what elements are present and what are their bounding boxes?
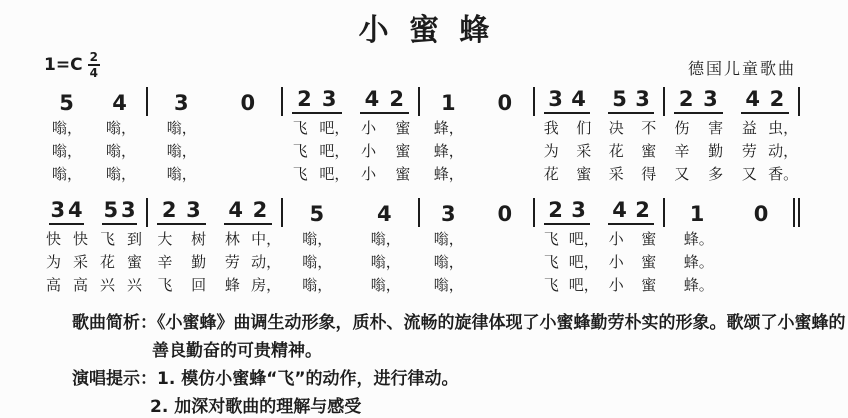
notes-row: 30 xyxy=(420,198,535,227)
lyric-syllable: 花 xyxy=(94,251,121,272)
note-digit: 3 xyxy=(420,204,477,225)
lyric-row-3: 蜂， xyxy=(420,162,535,185)
lyric-syllable: 辛 xyxy=(148,251,182,272)
lyric-syllable: 快 xyxy=(67,228,94,249)
lyric-syllable: 又 xyxy=(665,163,699,184)
tips-label: 演唱提示： xyxy=(72,369,157,389)
lyric-row-3: 嗡， xyxy=(148,162,283,185)
lyric-syllable: 嗡， xyxy=(40,163,94,184)
note-digit: 2 xyxy=(765,89,789,110)
analysis-line-2: 善良勤奋的可贵精神。 xyxy=(72,337,818,365)
eighth-note-beam: 42 xyxy=(360,89,410,114)
lyric-row-1: 我们决不 xyxy=(535,116,665,139)
lyric-syllable: 小 xyxy=(352,117,386,138)
lyric-row-2: 嗡， xyxy=(420,250,535,273)
song-attribution: 德国儿童歌曲 xyxy=(688,56,796,79)
meter-denominator: 4 xyxy=(90,66,98,79)
lyric-syllable: 得 xyxy=(633,163,666,184)
song-title: 小蜜蜂 xyxy=(0,5,848,49)
lyric-syllable: 蜂。 xyxy=(665,228,733,249)
notes-row: 2342 xyxy=(283,87,420,116)
lyric-row-1: 飞吧，小蜜 xyxy=(283,116,420,139)
rest-digit: 0 xyxy=(729,204,793,225)
note-digit: 3 xyxy=(148,93,215,114)
note-digit: 5 xyxy=(102,200,120,221)
lyric-syllable: 蜜 xyxy=(386,140,420,161)
measure: 54嗡，嗡，嗡，嗡，嗡，嗡， xyxy=(283,198,420,296)
eighth-note-beam: 23 xyxy=(157,200,206,225)
lyric-syllable: 嗡， xyxy=(420,228,478,249)
lyric-syllable: 小 xyxy=(352,140,386,161)
lyric-row-1: 嗡，嗡， xyxy=(283,227,420,250)
lyric-syllable: 嗡， xyxy=(40,140,94,161)
lyric-syllable: 采 xyxy=(600,163,633,184)
lyric-syllable: 们 xyxy=(568,117,601,138)
notes-row: 54 xyxy=(283,198,420,227)
eighth-note-beam: 34 xyxy=(544,89,590,114)
lyric-row-3: 高高兴兴 xyxy=(40,273,148,296)
rest-digit: 0 xyxy=(477,93,534,114)
lyric-syllable: 蜂。 xyxy=(665,274,733,295)
notes-row: 3453 xyxy=(535,87,665,116)
lyric-row-1: 蜂， xyxy=(420,116,535,139)
lyric-row-1: 嗡， xyxy=(420,227,535,250)
lyric-syllable: 兴 xyxy=(94,274,121,295)
note-digit: 2 xyxy=(157,200,181,221)
note-digit: 2 xyxy=(384,89,409,110)
lyric-row-3: 嗡， xyxy=(420,273,535,296)
measure: 3453我们决不为采花蜜花蜜采得 xyxy=(535,87,665,185)
lyric-syllable: 劳 xyxy=(733,140,767,161)
lyric-syllable: 蜂， xyxy=(420,140,478,161)
lyric-syllable: 动， xyxy=(766,140,800,161)
lyric-syllable: 林 xyxy=(216,228,250,249)
measure: 30嗡，嗡，嗡， xyxy=(420,198,535,296)
note-digit: 3 xyxy=(120,200,138,221)
lyric-syllable: 高 xyxy=(40,274,67,295)
lyric-syllable: 嗡， xyxy=(420,274,478,295)
lyric-syllable: 蜂 xyxy=(216,274,250,295)
lyric-syllable: 吧， xyxy=(317,163,351,184)
lyric-row-3: 嗡，嗡， xyxy=(40,162,148,185)
lyric-syllable: 嗡， xyxy=(40,117,94,138)
analysis-text: 《小蜜蜂》曲调生动形象，质朴、流畅的旋律体现了小蜜蜂勤劳朴实的形象。歌颂了小蜜蜂… xyxy=(157,313,846,333)
lyric-row-3: 嗡，嗡， xyxy=(283,273,420,296)
eighth-note-beam: 53 xyxy=(608,89,654,114)
lyric-syllable: 嗡， xyxy=(352,228,421,249)
lyric-row-2: 蜂， xyxy=(420,139,535,162)
note-digit: 4 xyxy=(567,89,590,110)
lyric-syllable: 虫， xyxy=(766,117,800,138)
tip-1: 1. 模仿小蜜蜂“飞”的动作，进行律动。 xyxy=(157,369,459,389)
eighth-note-beam: 23 xyxy=(544,200,590,225)
note-digit: 4 xyxy=(67,200,85,221)
lyric-syllable: 嗡， xyxy=(352,274,421,295)
lyric-syllable: 飞 xyxy=(283,140,317,161)
eighth-note-beam: 34 xyxy=(49,200,84,225)
notes-row: 2342 xyxy=(535,198,665,227)
lyric-syllable: 小 xyxy=(600,251,633,272)
lyric-row-1: 嗡， xyxy=(148,116,283,139)
lyric-syllable: 飞 xyxy=(94,228,121,249)
lyric-syllable: 蜜 xyxy=(633,251,666,272)
eighth-note-beam: 42 xyxy=(224,200,273,225)
lyric-row-3: 飞吧，小蜜 xyxy=(535,273,665,296)
lyric-syllable: 伤 xyxy=(665,117,699,138)
lyric-syllable: 花 xyxy=(600,140,633,161)
eighth-note-beam: 42 xyxy=(741,89,790,114)
note-digit: 4 xyxy=(351,204,419,225)
lyric-syllable: 动， xyxy=(249,251,283,272)
lyric-row-2: 辛勤劳动， xyxy=(148,250,283,273)
lyric-syllable: 害 xyxy=(699,117,733,138)
key-tonic: 1=C xyxy=(44,55,83,75)
system-2: 3453快快飞到为采花蜜高高兴兴2342大树林中，辛勤劳动，飞回蜂房，54嗡，嗡… xyxy=(40,198,800,296)
score: 54嗡，嗡，嗡，嗡，嗡，嗡，30嗡，嗡，嗡，2342飞吧，小蜜飞吧，小蜜飞吧，小… xyxy=(40,87,800,296)
note-digit: 2 xyxy=(544,200,567,221)
lyric-syllable: 嗡， xyxy=(94,163,148,184)
note-digit: 3 xyxy=(49,200,67,221)
note-digit: 3 xyxy=(698,89,722,110)
lyric-row-3: 飞回蜂房， xyxy=(148,273,283,296)
commentary-block: 歌曲简析：《小蜜蜂》曲调生动形象，质朴、流畅的旋律体现了小蜜蜂勤劳朴实的形象。歌… xyxy=(72,309,818,418)
eighth-note-beam: 42 xyxy=(608,200,654,225)
eighth-note-beam: 23 xyxy=(674,89,723,114)
lyric-syllable: 不 xyxy=(633,117,666,138)
lyric-syllable: 小 xyxy=(352,163,386,184)
notes-row: 30 xyxy=(148,87,283,116)
lyric-row-2: 为采花蜜 xyxy=(535,139,665,162)
lyric-syllable: 决 xyxy=(600,117,633,138)
lyric-syllable: 蜜 xyxy=(633,274,666,295)
lyric-syllable: 辛 xyxy=(665,140,699,161)
lyric-syllable: 小 xyxy=(600,274,633,295)
note-digit: 4 xyxy=(741,89,765,110)
tip-2: 2. 加深对歌曲的理解与感受 xyxy=(72,393,818,418)
note-digit: 5 xyxy=(608,89,631,110)
lyric-syllable: 飞 xyxy=(535,228,568,249)
note-digit: 3 xyxy=(544,89,567,110)
lyric-row-3: 花蜜采得 xyxy=(535,162,665,185)
lyric-syllable: 蜂， xyxy=(420,163,478,184)
system-1: 54嗡，嗡，嗡，嗡，嗡，嗡，30嗡，嗡，嗡，2342飞吧，小蜜飞吧，小蜜飞吧，小… xyxy=(40,87,800,185)
lyric-syllable: 蜜 xyxy=(633,140,666,161)
lyric-syllable: 蜜 xyxy=(386,117,420,138)
note-digit: 3 xyxy=(317,89,342,110)
lyric-syllable: 嗡， xyxy=(283,228,352,249)
lyric-row-2: 嗡，嗡， xyxy=(40,139,148,162)
notes-row: 2342 xyxy=(665,87,800,116)
lyric-row-2: 嗡，嗡， xyxy=(283,250,420,273)
note-digit: 2 xyxy=(631,200,654,221)
lyric-row-1: 嗡，嗡， xyxy=(40,116,148,139)
lyric-row-1: 快快飞到 xyxy=(40,227,148,250)
lyric-syllable: 吧， xyxy=(568,251,601,272)
measure: 2342大树林中，辛勤劳动，飞回蜂房， xyxy=(148,198,283,296)
notes-row: 2342 xyxy=(148,198,283,227)
note-digit: 4 xyxy=(608,200,631,221)
note-digit: 2 xyxy=(248,200,272,221)
lyric-syllable: 蜜 xyxy=(121,251,148,272)
lyric-syllable: 嗡， xyxy=(148,140,216,161)
time-signature: 2 4 xyxy=(88,51,100,79)
lyric-syllable: 勤 xyxy=(699,140,733,161)
notes-row: 10 xyxy=(420,87,535,116)
lyric-syllable: 为 xyxy=(535,140,568,161)
rest-digit: 0 xyxy=(215,93,282,114)
measure: 10蜂。蜂。蜂。 xyxy=(665,198,800,296)
tips-line-1: 演唱提示：1. 模仿小蜜蜂“飞”的动作，进行律动。 xyxy=(72,365,818,393)
note-digit: 1 xyxy=(665,204,729,225)
note-digit: 2 xyxy=(674,89,698,110)
lyric-row-2: 嗡， xyxy=(148,139,283,162)
lyric-syllable: 采 xyxy=(568,140,601,161)
lyric-syllable: 又 xyxy=(733,163,767,184)
measure: 2342飞吧，小蜜飞吧，小蜜飞吧，小蜜 xyxy=(535,198,665,296)
lyric-syllable: 吧， xyxy=(317,140,351,161)
lyric-syllable: 我 xyxy=(535,117,568,138)
analysis-label: 歌曲简析： xyxy=(72,313,157,333)
measure: 10蜂，蜂，蜂， xyxy=(420,87,535,185)
lyric-row-3: 又多又香。 xyxy=(665,162,800,185)
lyric-syllable: 吧， xyxy=(568,228,601,249)
lyric-row-2: 辛勤劳动， xyxy=(665,139,800,162)
lyric-syllable: 飞 xyxy=(283,117,317,138)
measure: 3453快快飞到为采花蜜高高兴兴 xyxy=(40,198,148,296)
lyric-row-1: 伤害益虫， xyxy=(665,116,800,139)
lyric-syllable: 嗡， xyxy=(352,251,421,272)
lyric-syllable: 蜂。 xyxy=(665,251,733,272)
lyric-syllable: 嗡， xyxy=(148,163,216,184)
lyric-syllable: 益 xyxy=(733,117,767,138)
sheet-music-page: 小蜜蜂 1=C 2 4 德国儿童歌曲 54嗡，嗡，嗡，嗡，嗡，嗡，30嗡，嗡，嗡… xyxy=(0,5,848,418)
note-digit: 3 xyxy=(631,89,654,110)
measure: 2342飞吧，小蜜飞吧，小蜜飞吧，小蜜 xyxy=(283,87,420,185)
lyric-row-3: 蜂。 xyxy=(665,273,800,296)
lyric-syllable: 嗡， xyxy=(420,251,478,272)
lyric-syllable: 劳 xyxy=(216,251,250,272)
measure: 54嗡，嗡，嗡，嗡，嗡，嗡， xyxy=(40,87,148,185)
lyric-syllable: 飞 xyxy=(283,163,317,184)
lyric-syllable: 蜂， xyxy=(420,117,478,138)
lyric-syllable: 飞 xyxy=(148,274,182,295)
lyric-syllable: 中， xyxy=(249,228,283,249)
lyric-syllable: 小 xyxy=(600,228,633,249)
key-signature: 1=C 2 4 xyxy=(44,51,100,79)
note-digit: 3 xyxy=(181,200,205,221)
lyric-syllable: 飞 xyxy=(535,274,568,295)
lyric-syllable: 快 xyxy=(40,228,67,249)
lyric-row-2: 飞吧，小蜜 xyxy=(535,250,665,273)
lyric-syllable: 兴 xyxy=(121,274,148,295)
notes-row: 54 xyxy=(40,87,148,116)
lyric-syllable: 蜜 xyxy=(633,228,666,249)
lyric-row-1: 飞吧，小蜜 xyxy=(535,227,665,250)
lyric-syllable: 采 xyxy=(67,251,94,272)
note-digit: 3 xyxy=(567,200,590,221)
lyric-row-2: 飞吧，小蜜 xyxy=(283,139,420,162)
lyric-syllable: 蜜 xyxy=(386,163,420,184)
lyric-syllable: 大 xyxy=(148,228,182,249)
lyric-row-1: 蜂。 xyxy=(665,227,800,250)
lyric-syllable: 嗡， xyxy=(283,274,352,295)
lyric-syllable: 香。 xyxy=(766,163,800,184)
lyric-syllable: 高 xyxy=(67,274,94,295)
eighth-note-beam: 53 xyxy=(102,200,137,225)
measure: 2342伤害益虫，辛勤劳动，又多又香。 xyxy=(665,87,800,185)
lyric-row-2: 为采花蜜 xyxy=(40,250,148,273)
lyric-syllable: 树 xyxy=(182,228,216,249)
note-digit: 4 xyxy=(360,89,385,110)
lyric-syllable: 房， xyxy=(249,274,283,295)
lyric-syllable: 嗡， xyxy=(94,140,148,161)
lyric-syllable: 花 xyxy=(535,163,568,184)
note-digit: 1 xyxy=(420,93,477,114)
lyric-syllable: 蜜 xyxy=(568,163,601,184)
note-digit: 4 xyxy=(224,200,248,221)
lyric-row-2: 蜂。 xyxy=(665,250,800,273)
lyric-syllable: 嗡， xyxy=(94,117,148,138)
lyric-syllable: 回 xyxy=(182,274,216,295)
lyric-row-3: 飞吧，小蜜 xyxy=(283,162,420,185)
notes-row: 10 xyxy=(665,198,800,227)
meter-numerator: 2 xyxy=(88,51,100,66)
lyric-syllable: 多 xyxy=(699,163,733,184)
analysis-line-1: 歌曲简析：《小蜜蜂》曲调生动形象，质朴、流畅的旋律体现了小蜜蜂勤劳朴实的形象。歌… xyxy=(72,309,818,337)
lyric-syllable: 吧， xyxy=(568,274,601,295)
note-digit: 2 xyxy=(292,89,317,110)
measure: 30嗡，嗡，嗡， xyxy=(148,87,283,185)
lyric-syllable: 勤 xyxy=(182,251,216,272)
rest-digit: 0 xyxy=(477,204,534,225)
note-digit: 5 xyxy=(40,93,93,114)
lyric-syllable: 到 xyxy=(121,228,148,249)
lyric-syllable: 飞 xyxy=(535,251,568,272)
note-digit: 5 xyxy=(283,204,351,225)
lyric-row-1: 大树林中， xyxy=(148,227,283,250)
lyric-syllable: 嗡， xyxy=(148,117,216,138)
note-digit: 4 xyxy=(93,93,146,114)
lyric-syllable: 吧， xyxy=(317,117,351,138)
lyric-syllable: 为 xyxy=(40,251,67,272)
eighth-note-beam: 23 xyxy=(292,89,342,114)
lyric-syllable: 嗡， xyxy=(283,251,352,272)
notes-row: 3453 xyxy=(40,198,148,227)
score-meta-row: 1=C 2 4 德国儿童歌曲 xyxy=(44,51,796,79)
